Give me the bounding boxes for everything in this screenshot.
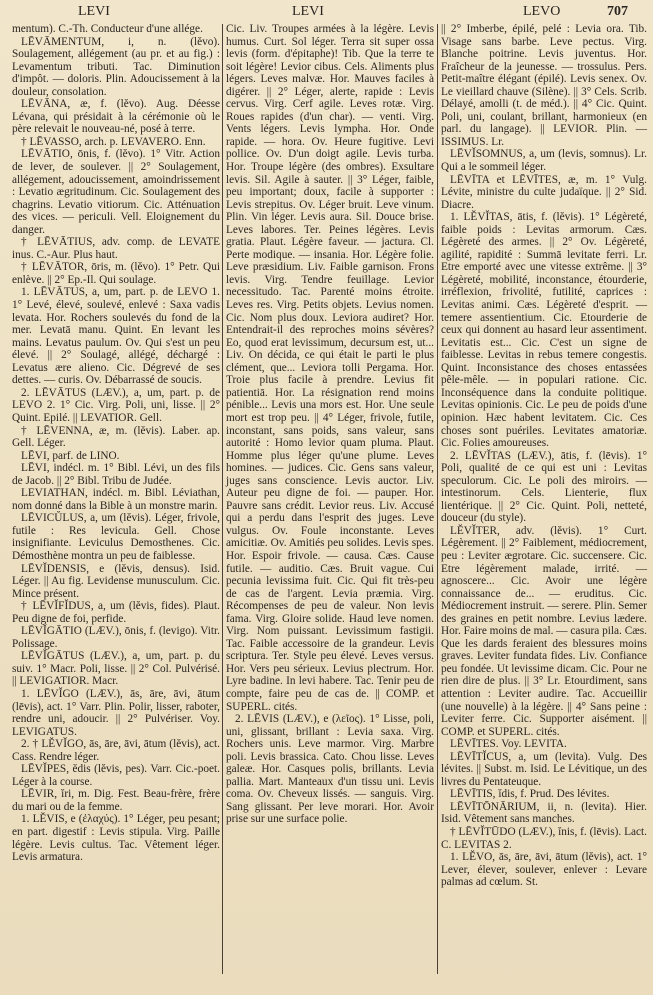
entry-levitonarium: LĒVĪTŌNĀRIUM, ii, n. (levita). Hier. Isi… (441, 801, 647, 826)
column-2: Cic. Liv. Troupes armées à la légère. Le… (226, 23, 434, 826)
entry-levi-bibl: LĒVI, indécl. m. 1° Bibl. Lévi, un des f… (12, 462, 220, 487)
entry-levitudo: † LĒVĬTŪDO (LÆV.), ĭnis, f. (lēvis). Lac… (441, 826, 647, 851)
entry-levir: LĒVIR, ĭri, m. Dig. Fest. Beau-frère, fr… (12, 788, 220, 813)
entry-levitis: LĒVĪTIS, ĭdis, f. Prud. Des lévites. (441, 788, 647, 801)
header-right-guideword: LEVO (523, 4, 560, 20)
entry-levita: LĒVĪTA et LĒVĪTES, æ, m. 1° Vulg. Lévite… (441, 174, 647, 212)
dictionary-page: LEVI LEVI LEVO 707 mentum). C.-Th. Condu… (0, 0, 653, 995)
column-3: || 2° Imberbe, épilé, pelé : Levia ora. … (441, 23, 647, 889)
entry-levis-1: 1. LĔVIS, e (ἐλαχύς). 1° Léger, peu pesa… (12, 813, 220, 863)
entry-leviathan: LEVIATHAN, indécl. m. Bibl. Léviathan, n… (12, 487, 220, 512)
entry-levasso: † LĒVASSO, arch. p. LEVAVERO. Enn. (12, 136, 220, 149)
entry-leviculus: LĒVICŬLUS, a, um (lĕvis). Léger, frivole… (12, 512, 220, 562)
entry-levamentum: LĒVĀMENTUM, i, n. (lĕvo). Soulagement, a… (12, 36, 220, 99)
entry-levigatio: LĒVĬGĀTIO (LÆV.), ōnis, f. (levigo). Vit… (12, 625, 220, 650)
entry-levitas-2: 2. LĒVĬTAS (LÆV.), ātis, f. (lēvis). 1° … (441, 450, 647, 525)
entry-levatius: † LĒVĀTIUS, adv. comp. de LEVATE inus. C… (12, 236, 220, 261)
entry-levigatus: LĒVĬGĀTUS (LÆV.), a, um, part. p. du sui… (12, 650, 220, 688)
entry-levo-1: 1. LĔVO, ās, āre, āvi, ātum (lĕvis), act… (441, 851, 647, 889)
entry-levitas-1: 1. LĔVĬTAS, ātis, f. (lĕvis). 1° Légèret… (441, 211, 647, 449)
entry-levator: † LĒVĀTOR, ōris, m. (lĕvo). 1° Petr. Qui… (12, 261, 220, 286)
column-1: mentum). C.-Th. Conducteur d'une allége.… (12, 23, 220, 864)
entry-levites: LĒVĪTES. Voy. LEVITA. (441, 738, 647, 751)
entry-levis-2: 2. LĒVIS (LÆV.), e (λεῖος). 1° Lisse, po… (226, 713, 434, 826)
entry-levisomnus: LĒVĬSOMNUS, a, um (levis, somnus). Lr. Q… (441, 148, 647, 173)
entry-leviticus: LĒVĪTĬCUS, a, um (levita). Vulg. Des lév… (441, 751, 647, 789)
header-left-guideword: LEVI (78, 4, 110, 20)
entry-levigo-2: 2. † LĔVĬGO, ās, āre, āvi, ātum (lĕvis),… (12, 738, 220, 763)
column-divider-2 (437, 24, 438, 974)
entry-levatus-1: 1. LĒVĀTUS, a, um, part. p. de LEVO 1. 1… (12, 286, 220, 386)
entry: mentum). C.-Th. Conducteur d'une allége. (12, 23, 220, 36)
entry-levis-2-continued: || 2° Imberbe, épilé, pelé : Levia ora. … (441, 23, 647, 148)
entry-levatio: LĒVĀTIO, ōnis, f. (lĕvo). 1° Vitr. Actio… (12, 148, 220, 236)
entry-levana: LĒVĀNA, æ, f. (lĕvo). Aug. Déesse Lévana… (12, 98, 220, 136)
entry-levifidus: † LĒVĬFĬDUS, a, um (lĕvis, fides). Plaut… (12, 600, 220, 625)
entry-levigo-1: 1. LĒVĬGO (LÆV.), ās, āre, āvi, ātum (lē… (12, 688, 220, 738)
column-divider-1 (222, 24, 223, 974)
entry-levi-parf: LĒVI, parf. de LINO. (12, 450, 220, 463)
entry-leviter: LĔVĬTER, adv. (lĕvis). 1° Curt. Légèreme… (441, 525, 647, 738)
entry-levidensis: LĒVĬDENSIS, e (lĕvis, densus). Isid. Lég… (12, 563, 220, 601)
entry-levipes: LĒVĬPES, ĕdis (lĕvis, pes). Varr. Cic.-p… (12, 763, 220, 788)
entry-levatus-2: 2. LĒVĀTUS (LÆV.), a, um, part. p. de LE… (12, 387, 220, 425)
running-header: LEVI LEVI LEVO 707 (0, 4, 653, 22)
header-center-guideword: LEVI (292, 4, 324, 20)
entry-levis-1-continued: Cic. Liv. Troupes armées à la légère. Le… (226, 23, 434, 713)
entry-levenna: † LĒVENNA, æ, m. (lĕvis). Laber. ap. Gel… (12, 425, 220, 450)
page-number: 707 (607, 4, 628, 20)
